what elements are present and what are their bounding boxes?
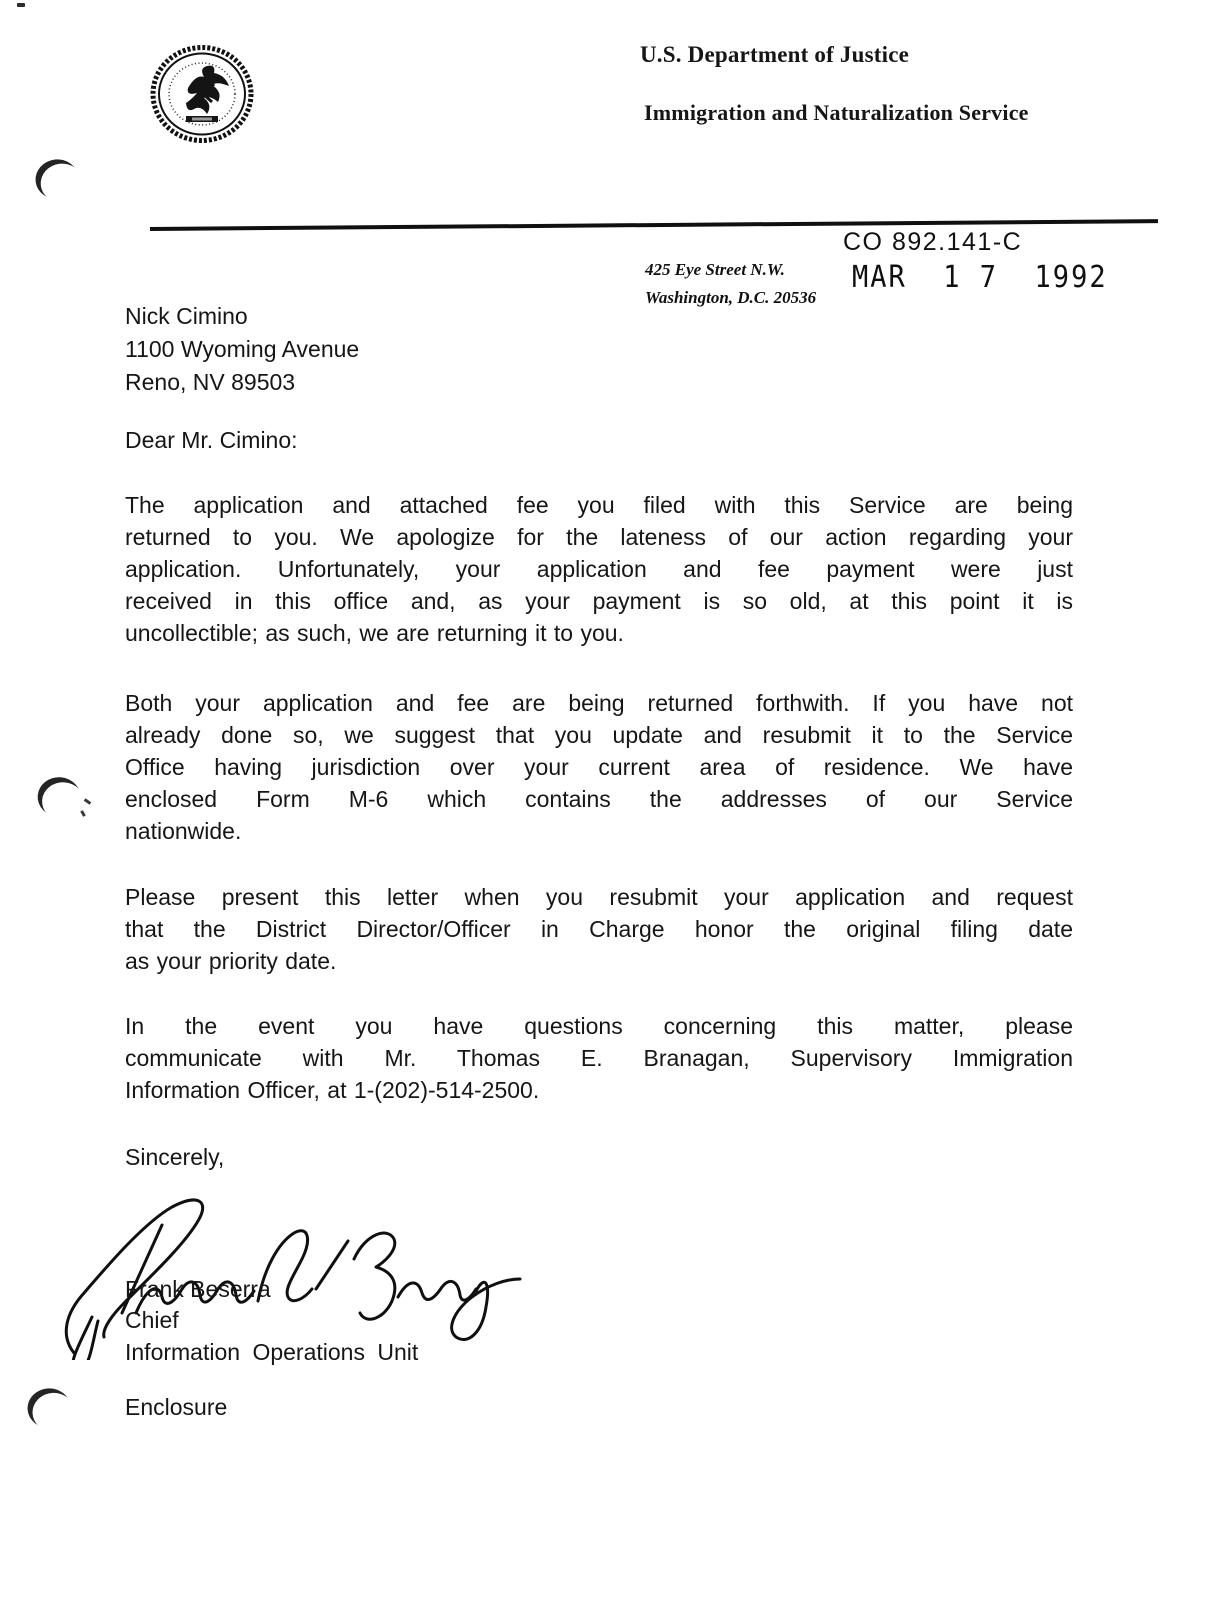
body-paragraph-1: The application and attached fee you fil… (125, 489, 1073, 649)
body-line: received in this office and, as your pay… (125, 585, 1073, 617)
body-line: that the District Director/Officer in Ch… (125, 913, 1073, 945)
body-line: Information Officer, at 1-(202)-514-2500… (125, 1074, 1073, 1106)
body-line: Please present this letter when you resu… (125, 881, 1073, 913)
recipient-street: 1100 Wyoming Avenue (125, 333, 359, 366)
body-line: Both your application and fee are being … (125, 687, 1073, 719)
body-line: already done so, we suggest that you upd… (125, 719, 1073, 751)
body-line: uncollectible; as such, we are returning… (125, 617, 1073, 649)
department-title: U.S. Department of Justice (640, 42, 909, 68)
file-number: CO 892.141-C (843, 228, 1022, 257)
body-line: The application and attached fee you fil… (125, 489, 1073, 521)
body-line: Office having jurisdiction over your cur… (125, 751, 1073, 783)
signer-unit: Information Operations Unit (125, 1339, 418, 1366)
body-paragraph-4: In the event you have questions concerni… (125, 1010, 1073, 1106)
return-address-line1: 425 Eye Street N.W. (645, 256, 816, 284)
body-line: as your priority date. (125, 945, 1073, 977)
recipient-name: Nick Cimino (125, 300, 359, 333)
signer-title: Chief (125, 1307, 179, 1334)
received-date-stamp: MAR 1 7 1992 (852, 260, 1108, 295)
punch-hole-icon (32, 771, 87, 825)
return-address-line2: Washington, D.C. 20536 (645, 284, 816, 312)
body-line: communicate with Mr. Thomas E. Branagan,… (125, 1042, 1073, 1074)
agency-title: Immigration and Naturalization Service (644, 100, 1029, 126)
doj-seal-icon (146, 44, 258, 149)
return-address: 425 Eye Street N.W. Washington, D.C. 205… (645, 256, 816, 312)
body-line: returned to you. We apologize for the la… (125, 521, 1073, 553)
punch-hole-icon (23, 1383, 78, 1436)
body-line: In the event you have questions concerni… (125, 1010, 1073, 1042)
signature-icon (58, 1185, 528, 1365)
punch-hole-icon (30, 152, 87, 207)
body-paragraph-3: Please present this letter when you resu… (125, 881, 1073, 977)
body-paragraph-2: Both your application and fee are being … (125, 687, 1073, 847)
signer-name: Frank Beserra (125, 1276, 271, 1303)
recipient-city: Reno, NV 89503 (125, 366, 359, 399)
recipient-address: Nick Cimino 1100 Wyoming Avenue Reno, NV… (125, 300, 359, 399)
scan-speck (17, 3, 25, 7)
valediction: Sincerely, (125, 1144, 224, 1171)
enclosure-note: Enclosure (125, 1394, 227, 1421)
body-line: application. Unfortunately, your applica… (125, 553, 1073, 585)
body-line: enclosed Form M-6 which contains the add… (125, 783, 1073, 815)
body-line: nationwide. (125, 815, 1073, 847)
salutation: Dear Mr. Cimino: (125, 427, 298, 454)
